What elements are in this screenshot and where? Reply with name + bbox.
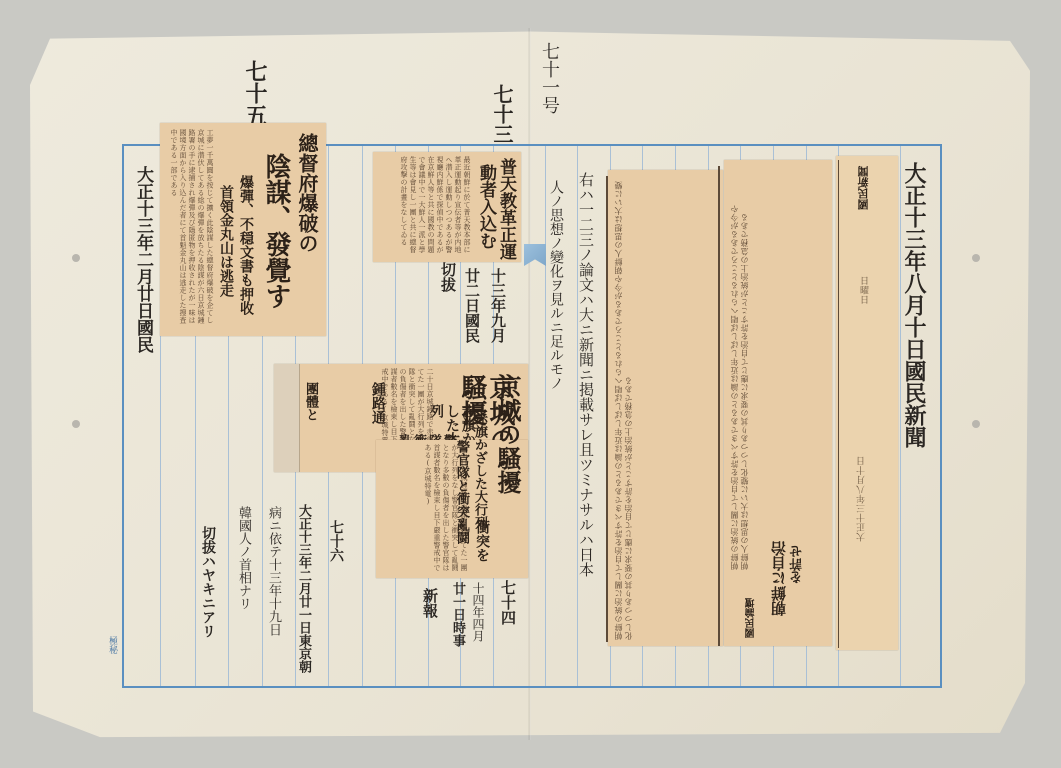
right-clip-day: 日曜日 <box>858 276 867 305</box>
source-annotation-mid-1: 十三年九月 <box>488 268 509 343</box>
page-number-75: 七十五 <box>240 60 271 126</box>
right-clip-body-2: 朝鮮の統治に關して自治を許すべきであるとの論は近年しばしば唱へられるところである… <box>730 200 826 570</box>
right-clip-masthead: 國民新聞 <box>856 166 872 210</box>
clip2-body: 最近朝鮮に於て普天教本部に革正運動起り宣伝者等が内地へ潜入し運動しつつあるが警視… <box>375 156 471 256</box>
bottom-right-date: 十四年四月 <box>470 582 487 642</box>
page-number-71: 七十一号 <box>536 42 562 114</box>
clip1-body: 工夢一千萬圓を按じて擴く此陰謀した總督府爆破を企てし京城に潜伏してある総の爆彈を… <box>164 129 214 329</box>
clip1-headline-1: 總督府爆破の <box>296 133 318 253</box>
secret-stamp: 極秘 <box>106 636 119 654</box>
right-clip-body-1: 朝鮮の統治に關して自治を許すべきであるとの論は近年しばしば唱へられるところである… <box>614 176 716 640</box>
right-clip-headline-1: 朝鮮に自治 <box>768 541 789 616</box>
bottom-note-4: 切拔ハヤキニアリ <box>200 526 215 638</box>
clipping-border <box>606 176 608 642</box>
bottom-right-paper-1: 廿一日時事 <box>448 582 467 647</box>
clip1-headline-2: 陰謀、發覺す <box>262 153 290 309</box>
clipping-note-mid: 切拔 <box>438 262 459 292</box>
page-number-76: 七十六 <box>326 520 346 562</box>
binding-hole <box>72 254 80 262</box>
right-clip-date: 大正十三年八月十日 <box>858 456 867 542</box>
clip3-subhead-overlay-2: 警官隊と衝突亂鬪 <box>452 440 471 544</box>
clipping-right-column-right: 朝鮮の統治に關して自治を許すべきであるとの論は近年しばしば唱へられるところである… <box>724 160 832 646</box>
clip3-section-3: 團體と <box>301 382 320 421</box>
adjacent-clipping-fragment <box>274 364 300 472</box>
page-number-74: 七十四 <box>498 580 519 625</box>
clipping-right-masthead: 國民新聞 日曜日 大正十三年八月十日 <box>836 156 898 650</box>
ruling-line <box>545 146 546 686</box>
binding-hole <box>972 420 980 428</box>
page-number-73: 七十三 <box>488 84 517 144</box>
clipping-border <box>838 160 839 648</box>
binding-hole <box>972 254 980 262</box>
right-note-2: 人ノ思想ノ變化ヲ見ルニ足ルモノ <box>548 180 564 390</box>
bottom-note-2: 病ニ依テ十三年十九日 <box>266 506 280 636</box>
right-clip-column-title: 國民論壇 <box>744 598 759 638</box>
clip1-subhead-2: 首領金丸山は逃走 <box>218 185 234 297</box>
clip2-headline-1: 普天教革正運 <box>496 158 515 260</box>
bottom-right-paper-2: 新報 <box>420 588 441 618</box>
bottom-note-1: 大正十三年二月廿一日東京朝 <box>296 504 310 673</box>
source-annotation-right: 大正十三年八月十日國民新聞 <box>902 162 926 448</box>
source-annotation-left: 大正十三年二月廿日國民 <box>134 166 152 353</box>
clipping-putian-church: 普天教革正運 動者入込む 最近朝鮮に於て普天教本部に革正運動起り宣伝者等が内地へ… <box>373 152 521 262</box>
clip3-subhead-overlay-1: 赤旗かざした大行列 <box>470 412 489 529</box>
right-clip-headline-2: を許せ <box>788 545 807 584</box>
clip2-headline-2: 動者入込む <box>476 164 495 249</box>
source-annotation-mid-2: 廿二日國民 <box>462 268 483 343</box>
clip3-headline-overlay: 京城の騷擾 <box>494 374 520 494</box>
clipping-right-column-left: 朝鮮の統治に關して自治を許すべきであるとの論は近年しばしば唱へられるところである… <box>608 170 723 646</box>
bottom-note-3: 韓國人ノ首相ナリ <box>236 506 250 610</box>
clipping-governor-general: 總督府爆破の 陰謀、發覺す 爆彈、不穏文書も押收 首領金丸山は逃走 工夢一千萬圓… <box>160 123 326 336</box>
binding-hole <box>72 420 80 428</box>
clip1-subhead-1: 爆彈、不穏文書も押收 <box>238 175 254 315</box>
right-note-1: 右ハ一二三ノ論文ハ大ニ新聞ニ掲載サレ且ツミナサルハ日本 <box>578 172 594 682</box>
clipping-border <box>718 166 720 646</box>
